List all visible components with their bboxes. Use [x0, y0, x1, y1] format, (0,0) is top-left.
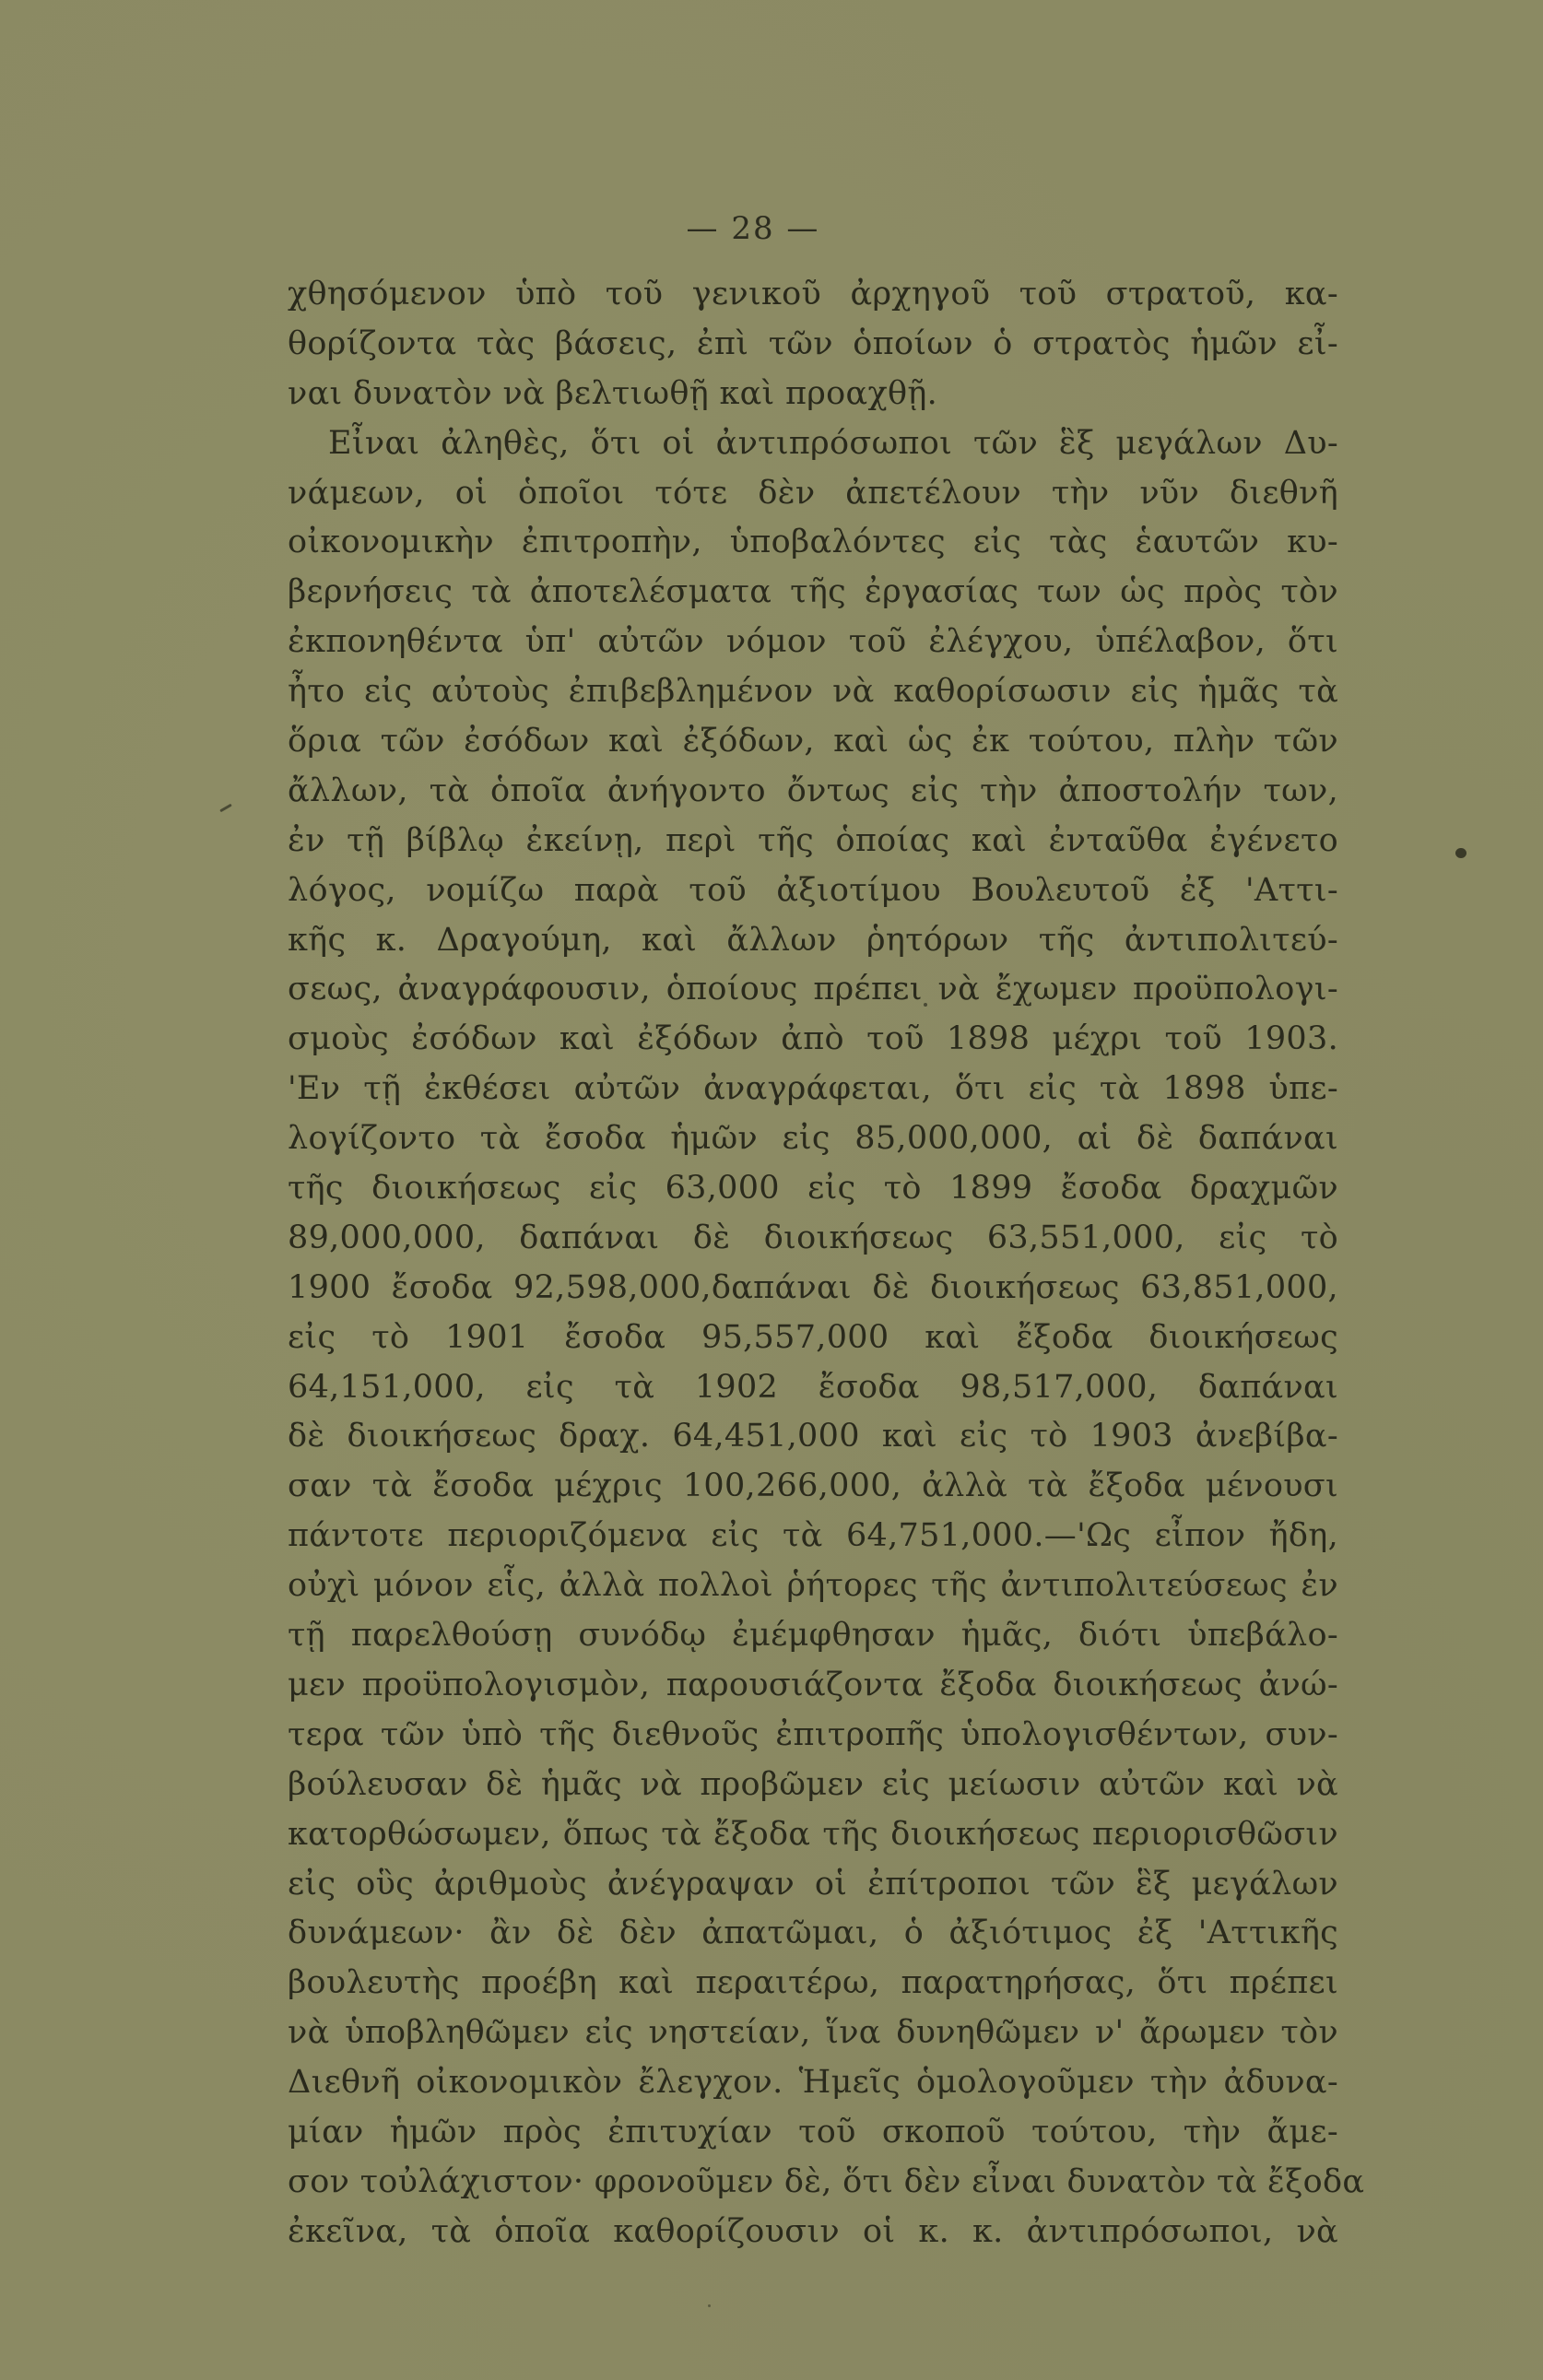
text-line: σμοὺς ἐσόδων καὶ ἐξόδων ἀπὸ τοῦ 1898 μέχ…	[288, 1015, 1338, 1065]
paragraph-start-line: Εἶναι ἀληθὲς, ὅτι οἱ ἀντιπρόσωποι τῶν ἓξ…	[288, 419, 1338, 469]
paper-speck	[708, 2304, 711, 2307]
text-line: βερνήσεις τὰ ἀποτελέσματα τῆς ἐργασίας τ…	[288, 568, 1338, 618]
text-line: ὅρια τῶν ἐσόδων καὶ ἐξόδων, καὶ ὡς ἐκ το…	[288, 717, 1338, 767]
text-line: μεν προϋπολογισμὸν, παρουσιάζοντα ἔξοδα …	[288, 1661, 1338, 1711]
text-line: χθησόμενον ὑπὸ τοῦ γενικοῦ ἀρχηγοῦ τοῦ σ…	[288, 270, 1338, 320]
text-line: δυνάμεων· ἂν δὲ δὲν ἀπατῶμαι, ὁ ἀξιότιμο…	[288, 1909, 1338, 1959]
text-line: οἰκονομικὴν ἐπιτροπὴν, ὑποβαλόντες εἰς τ…	[288, 518, 1338, 568]
text-line: 89,000,000, δαπάναι δὲ διοικήσεως 63,551…	[288, 1214, 1338, 1264]
text-line: ἐκεῖνα, τὰ ὁποῖα καθορίζουσιν οἱ κ. κ. ἀ…	[288, 2208, 1338, 2257]
text-line: σαν τὰ ἔσοδα μέχρις 100,266,000, ἀλλὰ τὰ…	[288, 1462, 1338, 1512]
text-line: τερα τῶν ὑπὸ τῆς διεθνοῦς ἐπιτροπῆς ὑπολ…	[288, 1711, 1338, 1761]
text-line: βουλευτὴς προέβη καὶ περαιτέρω, παρατηρή…	[288, 1959, 1338, 2009]
scanned-page: — 28 — χθησόμενον ὑπὸ τοῦ γενικοῦ ἀρχηγο…	[0, 0, 1543, 2380]
text-line: νάμεων, οἱ ὁποῖοι τότε δὲν ἀπετέλουν τὴν…	[288, 469, 1338, 519]
text-line: οὐχὶ μόνον εἷς, ἀλλὰ πολλοὶ ῥήτορες τῆς …	[288, 1561, 1338, 1611]
text-line: ἐν τῇ βίβλῳ ἐκείνῃ, περὶ τῆς ὁποίας καὶ …	[288, 817, 1338, 866]
paper-speck	[1455, 848, 1466, 858]
text-line: 1900 ἔσοδα 92,598,000,δαπάναι δὲ διοικήσ…	[288, 1264, 1338, 1314]
text-line: σον τοὐλάχιστον· φρονοῦμεν δὲ, ὅτι δὲν ε…	[288, 2158, 1338, 2208]
margin-mark	[219, 804, 232, 813]
text-line: 'Εν τῇ ἐκθέσει αὐτῶν ἀναγράφεται, ὅτι εἰ…	[288, 1065, 1338, 1114]
text-line: σεως, ἀναγράφουσιν, ὁποίους πρέπει νὰ ἔχ…	[288, 965, 1338, 1015]
body-text: χθησόμενον ὑπὸ τοῦ γενικοῦ ἀρχηγοῦ τοῦ σ…	[288, 270, 1338, 2257]
text-line: δὲ διοικήσεως δραχ. 64,451,000 καὶ εἰς τ…	[288, 1412, 1338, 1462]
text-line: κῆς κ. Δραγούμη, καὶ ἄλλων ῥητόρων τῆς ἀ…	[288, 916, 1338, 966]
text-line: ἦτο εἰς αὐτοὺς ἐπιβεβλημένον νὰ καθορίσω…	[288, 667, 1338, 717]
text-line: λόγος, νομίζω παρὰ τοῦ ἀξιοτίμου Βουλευτ…	[288, 866, 1338, 916]
text-line: Διεθνῆ οἰκονομικὸν ἔλεγχον. Ἡμεῖς ὁμολογ…	[288, 2058, 1338, 2108]
text-line: εἰς οὓς ἀριθμοὺς ἀνέγραψαν οἱ ἐπίτροποι …	[288, 1860, 1338, 1910]
text-line: ναι δυνατὸν νὰ βελτιωθῇ καὶ προαχθῇ.	[288, 370, 1338, 419]
text-line: ἐκπονηθέντα ὑπ' αὐτῶν νόμον τοῦ ἐλέγχου,…	[288, 618, 1338, 667]
text-line: νὰ ὑποβληθῶμεν εἰς νηστείαν, ἵνα δυνηθῶμ…	[288, 2009, 1338, 2058]
text-line: εἰς τὸ 1901 ἔσοδα 95,557,000 καὶ ἔξοδα δ…	[288, 1314, 1338, 1363]
text-line: τῇ παρελθούσῃ συνόδῳ ἐμέμφθησαν ἡμᾶς, δι…	[288, 1611, 1338, 1661]
text-line: θορίζοντα τὰς βάσεις, ἐπὶ τῶν ὁποίων ὁ σ…	[288, 320, 1338, 370]
paper-speck	[924, 1003, 927, 1007]
text-line: ἄλλων, τὰ ὁποῖα ἀνήγοντο ὄντως εἰς τὴν ἀ…	[288, 767, 1338, 817]
text-line: πάντοτε περιοριζόμενα εἰς τὰ 64,751,000.…	[288, 1512, 1338, 1561]
page-number: — 28 —	[0, 210, 1525, 247]
text-line: λογίζοντο τὰ ἔσοδα ἡμῶν εἰς 85,000,000, …	[288, 1114, 1338, 1164]
text-line: κατορθώσωμεν, ὅπως τὰ ἔξοδα τῆς διοικήσε…	[288, 1810, 1338, 1860]
text-line: 64,151,000, εἰς τὰ 1902 ἔσοδα 98,517,000…	[288, 1363, 1338, 1413]
text-line: τῆς διοικήσεως εἰς 63,000 εἰς τὸ 1899 ἔσ…	[288, 1164, 1338, 1214]
text-line: βούλευσαν δὲ ἡμᾶς νὰ προβῶμεν εἰς μείωσι…	[288, 1761, 1338, 1810]
text-line: μίαν ἡμῶν πρὸς ἐπιτυχίαν τοῦ σκοποῦ τούτ…	[288, 2108, 1338, 2158]
